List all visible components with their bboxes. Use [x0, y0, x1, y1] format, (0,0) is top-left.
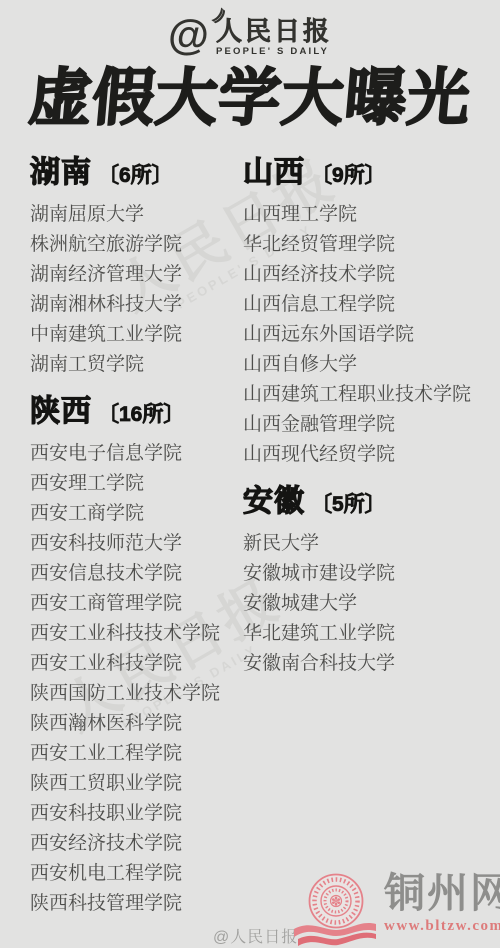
university-item: 华北经贸管理学院 — [243, 230, 495, 260]
at-symbol-icon: @ )) — [168, 12, 209, 58]
university-item: 西安工商管理学院 — [30, 589, 238, 619]
university-item: 山西远东外国语学院 — [243, 320, 495, 350]
column-right: 山西〔9所〕山西理工学院华北经贸管理学院山西经济技术学院山西信息工程学院山西远东… — [243, 153, 495, 691]
footer-credit: @人民日报 — [213, 924, 298, 947]
university-item: 安徽南合科技大学 — [243, 649, 495, 679]
university-item: 山西自修大学 — [243, 350, 495, 380]
university-list: 西安电子信息学院西安理工学院西安工商学院西安科技师范大学西安信息技术学院西安工商… — [30, 439, 238, 919]
university-item: 中南建筑工业学院 — [30, 320, 238, 350]
university-item: 株洲航空旅游学院 — [30, 230, 238, 260]
seal-ribbon-icon: ✽ — [292, 870, 378, 948]
brand-name-en: PEOPLE' S DAILY — [216, 46, 332, 57]
university-item: 安徽城市建设学院 — [243, 559, 495, 589]
university-item: 山西信息工程学院 — [243, 290, 495, 320]
at-symbol: @ — [168, 11, 209, 58]
university-item: 山西经济技术学院 — [243, 260, 495, 290]
site-text: 铜州网 www.bltzw.com — [384, 870, 500, 935]
province-count: 〔9所〕 — [311, 164, 386, 187]
logo-text: 人民日报 PEOPLE' S DAILY — [216, 12, 332, 57]
university-item: 西安信息技术学院 — [30, 559, 238, 589]
university-item: 山西建筑工程职业技术学院 — [243, 380, 495, 410]
svg-text:✽: ✽ — [331, 895, 341, 909]
poster-page: 人民日报 PEOPLE' S DAILY 人民日报 PEOPLE' S DAIL… — [0, 0, 500, 948]
university-item: 西安经济技术学院 — [30, 829, 238, 859]
province-count: 〔6所〕 — [98, 164, 173, 187]
province-name: 安徽 — [243, 485, 305, 518]
peoples-daily-logo: @ )) 人民日报 PEOPLE' S DAILY — [0, 12, 500, 58]
university-item: 山西金融管理学院 — [243, 410, 495, 440]
university-item: 湖南屈原大学 — [30, 200, 238, 230]
province-name: 山西 — [243, 156, 305, 189]
university-item: 西安科技职业学院 — [30, 799, 238, 829]
province-heading: 陕西〔16所〕 — [30, 392, 238, 435]
site-watermark: ✽ 铜州网 www.bltzw.com — [292, 870, 500, 948]
university-item: 安徽城建大学 — [243, 589, 495, 619]
university-item: 西安工业工程学院 — [30, 739, 238, 769]
university-item: 湖南经济管理大学 — [30, 260, 238, 290]
university-item: 新民大学 — [243, 529, 495, 559]
site-url: www.bltzw.com — [384, 918, 500, 935]
university-item: 西安机电工程学院 — [30, 859, 238, 889]
university-item: 陕西瀚林医科学院 — [30, 709, 238, 739]
university-item: 西安电子信息学院 — [30, 439, 238, 469]
university-item: 西安工业科技学院 — [30, 649, 238, 679]
university-list: 湖南屈原大学株洲航空旅游学院湖南经济管理大学湖南湘林科技大学中南建筑工业学院湖南… — [30, 200, 238, 380]
province-heading: 山西〔9所〕 — [243, 153, 495, 196]
page-title: 虚假大学大曝光 — [0, 62, 500, 136]
university-item: 西安科技师范大学 — [30, 529, 238, 559]
province-section-shanxi: 山西〔9所〕山西理工学院华北经贸管理学院山西经济技术学院山西信息工程学院山西远东… — [243, 153, 495, 470]
university-item: 陕西国防工业技术学院 — [30, 679, 238, 709]
university-item: 湖南湘林科技大学 — [30, 290, 238, 320]
brand-name-cn: 人民日报 — [216, 18, 332, 44]
province-name: 湖南 — [30, 156, 92, 189]
university-item: 华北建筑工业学院 — [243, 619, 495, 649]
province-heading: 安徽〔5所〕 — [243, 482, 495, 525]
site-name: 铜州网 — [384, 870, 500, 916]
province-section-hunan: 湖南〔6所〕湖南屈原大学株洲航空旅游学院湖南经济管理大学湖南湘林科技大学中南建筑… — [30, 153, 238, 380]
university-item: 湖南工贸学院 — [30, 350, 238, 380]
university-item: 山西现代经贸学院 — [243, 440, 495, 470]
province-name: 陕西 — [30, 395, 92, 428]
university-item: 山西理工学院 — [243, 200, 495, 230]
province-heading: 湖南〔6所〕 — [30, 153, 238, 196]
column-left: 湖南〔6所〕湖南屈原大学株洲航空旅游学院湖南经济管理大学湖南湘林科技大学中南建筑… — [30, 153, 238, 931]
province-section-anhui: 安徽〔5所〕新民大学安徽城市建设学院安徽城建大学华北建筑工业学院安徽南合科技大学 — [243, 482, 495, 679]
university-item: 西安工商学院 — [30, 499, 238, 529]
university-item: 西安理工学院 — [30, 469, 238, 499]
university-item: 西安工业科技技术学院 — [30, 619, 238, 649]
university-list: 山西理工学院华北经贸管理学院山西经济技术学院山西信息工程学院山西远东外国语学院山… — [243, 200, 495, 470]
province-count: 〔16所〕 — [98, 403, 184, 426]
university-item: 陕西工贸职业学院 — [30, 769, 238, 799]
university-item: 陕西科技管理学院 — [30, 889, 238, 919]
university-list: 新民大学安徽城市建设学院安徽城建大学华北建筑工业学院安徽南合科技大学 — [243, 529, 495, 679]
province-section-shaanxi: 陕西〔16所〕西安电子信息学院西安理工学院西安工商学院西安科技师范大学西安信息技… — [30, 392, 238, 919]
province-count: 〔5所〕 — [311, 493, 386, 516]
